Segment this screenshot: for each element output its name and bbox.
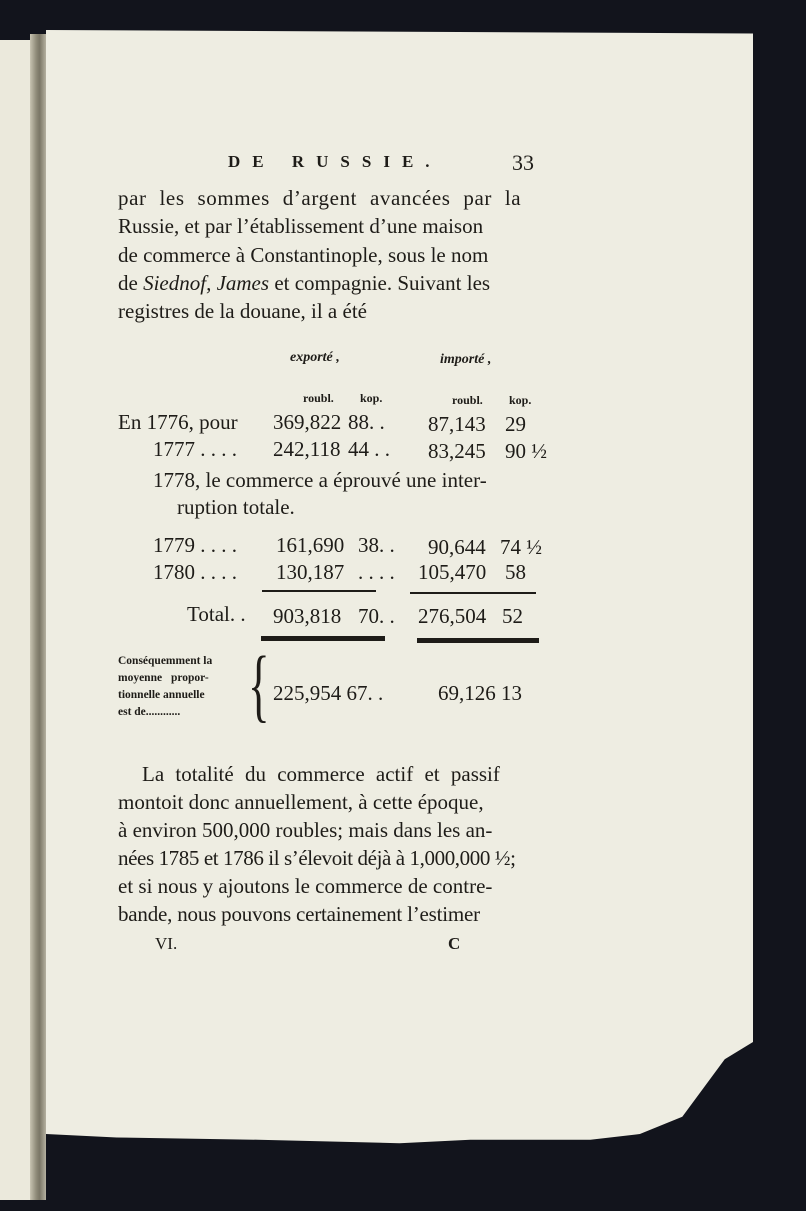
italic-firm-name: Siednof, James (143, 271, 269, 295)
gathering-signature: C (448, 934, 460, 954)
average-note: Conséquemment la moyenne propor- tionnel… (118, 653, 248, 721)
total-imp-kop: 52 (502, 604, 523, 629)
running-title: DE RUSSIE. (228, 152, 442, 172)
total-rule (261, 636, 385, 641)
total-exp-kop: 70. . (358, 604, 395, 629)
imp-kop: 90 ½ (505, 439, 547, 464)
total-rule (417, 638, 539, 643)
curly-brace: { (248, 644, 270, 726)
subtotal-rule (262, 590, 376, 592)
paragraph-line: à environ 500,000 roubles; mais dans les… (118, 818, 492, 843)
book-gutter (30, 34, 46, 1200)
imp-roubl: 105,470 (418, 560, 486, 585)
body-line: par les sommes d’argent avancées par la (118, 186, 521, 211)
page-number: 33 (512, 150, 534, 176)
row-label: En 1776, pour (118, 410, 238, 435)
average-imported: 69,126 13 (438, 681, 522, 706)
row-label: 1779 . . . . (153, 533, 237, 558)
volume-signature: VI. (155, 934, 177, 954)
column-header-imported: importé , (440, 352, 491, 368)
total-imp-roubl: 276,504 (418, 604, 486, 629)
imp-roubl: 87,143 (428, 412, 486, 437)
row-label: 1777 . . . . (153, 437, 237, 462)
paragraph-line: La totalité du commerce actif et passif (142, 762, 500, 787)
interruption-note: ruption totale. (177, 495, 295, 520)
exp-roubl: 242,118 (273, 437, 340, 462)
paragraph-line: et si nous y ajoutons le commerce de con… (118, 874, 492, 899)
exp-roubl: 369,822 (273, 410, 341, 435)
unit-roubl: roubl. (303, 391, 334, 406)
exp-kop: 44 . . (348, 437, 390, 462)
exp-kop: 38. . (358, 533, 395, 558)
exp-roubl: 130,187 (276, 560, 344, 585)
paragraph-line: bande, nous pouvons certainement l’estim… (118, 902, 480, 927)
interruption-note: 1778, le commerce a éprouvé une inter- (153, 468, 487, 493)
exp-roubl: 161,690 (276, 533, 344, 558)
paragraph-line: nées 1785 et 1786 il s’élevoit déjà à 1,… (118, 846, 516, 871)
average-exported: 225,954 67. . (273, 681, 383, 706)
subtotal-rule (410, 592, 536, 594)
imp-roubl: 83,245 (428, 439, 486, 464)
exp-kop: . . . . (358, 560, 395, 585)
facing-page-edge (0, 40, 30, 1200)
paragraph-line: montoit donc annuellement, à cette époqu… (118, 790, 484, 815)
total-exp-roubl: 903,818 (273, 604, 341, 629)
body-line: registres de la douane, il a été (118, 299, 367, 324)
imp-kop: 29 (505, 412, 526, 437)
imp-roubl: 90,644 (428, 535, 486, 560)
imp-kop: 74 ½ (500, 535, 542, 560)
column-header-exported: exporté , (290, 350, 340, 366)
unit-kop: kop. (509, 393, 531, 408)
body-line: de commerce à Constantinople, sous le no… (118, 243, 488, 268)
total-label: Total. . (187, 602, 246, 627)
exp-kop: 88. . (348, 410, 385, 435)
body-line: Russie, et par l’établissement d’une mai… (118, 214, 483, 239)
unit-roubl: roubl. (452, 393, 483, 408)
body-line: de Siednof, James et compagnie. Suivant … (118, 271, 490, 296)
imp-kop: 58 (505, 560, 526, 585)
row-label: 1780 . . . . (153, 560, 237, 585)
unit-kop: kop. (360, 391, 382, 406)
